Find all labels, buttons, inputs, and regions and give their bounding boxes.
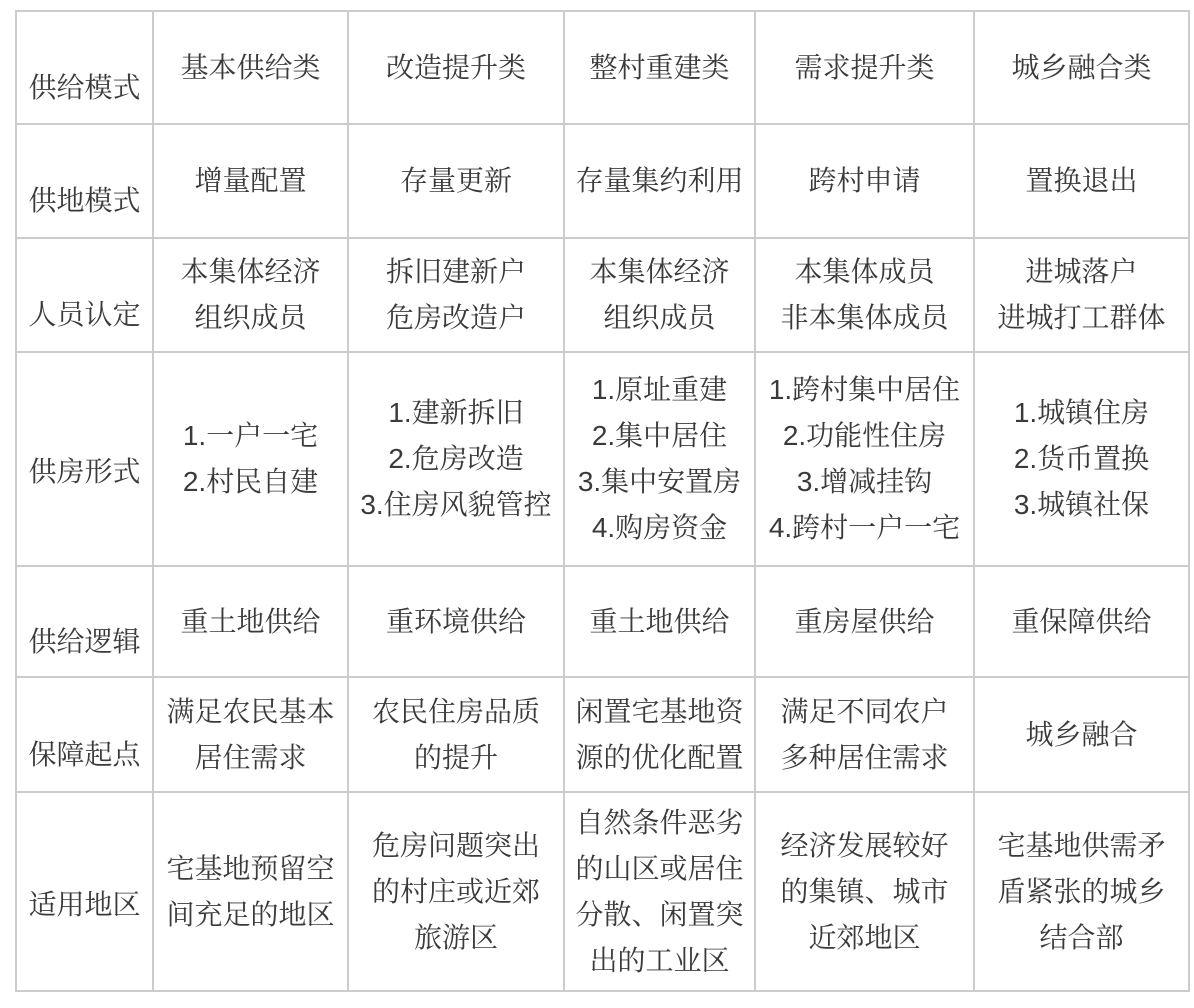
table-cell: 农民住房品质 的提升: [348, 677, 564, 792]
row-header-cell: 保障起点: [16, 677, 153, 792]
row-header-label: 供地模式: [28, 178, 140, 224]
row-header-label: 人员认定: [28, 292, 140, 338]
table-cell: 1.建新拆旧 2.危房改造 3.住房风貌管控: [348, 352, 564, 566]
table-cell: 危房问题突出 的村庄或近郊 旅游区: [348, 792, 564, 991]
table-cell: 1.一户一宅 2.村民自建: [153, 352, 348, 566]
row-header-cell: 适用地区: [16, 792, 153, 991]
row-header-label: 保障起点: [28, 732, 140, 778]
table-cell: 1.城镇住房 2.货币置换 3.城镇社保: [974, 352, 1189, 566]
table-cell: 宅基地供需矛 盾紧张的城乡 结合部: [974, 792, 1189, 991]
table-row-guarantee-basis: 保障起点 满足农民基本 居住需求 农民住房品质 的提升 闲置宅基地资 源的优化配…: [16, 677, 1189, 792]
table-cell: 闲置宅基地资 源的优化配置: [564, 677, 755, 792]
table-cell: 存量集约利用: [564, 124, 755, 238]
table-row-personnel: 人员认定 本集体经济 组织成员 拆旧建新户 危房改造户 本集体经济 组织成员 本…: [16, 238, 1189, 352]
table-row-housing-form: 供房形式 1.一户一宅 2.村民自建 1.建新拆旧 2.危房改造 3.住房风貌管…: [16, 352, 1189, 566]
table-cell: 城乡融合: [974, 677, 1189, 792]
supply-modes-table: 供给模式 基本供给类 改造提升类 整村重建类 需求提升类 城乡融合类 供地模式 …: [15, 10, 1190, 992]
row-header-label: 供房形式: [28, 449, 140, 495]
row-header-label: 适用地区: [28, 882, 140, 928]
table-cell: 重土地供给: [153, 566, 348, 677]
table-row-supply-logic: 供给逻辑 重土地供给 重环境供给 重土地供给 重房屋供给 重保障供给: [16, 566, 1189, 677]
table-cell: 满足不同农户 多种居住需求: [755, 677, 974, 792]
row-header-cell: 供给模式: [16, 11, 153, 124]
table-cell: 进城落户 进城打工群体: [974, 238, 1189, 352]
table-cell: 增量配置: [153, 124, 348, 238]
row-header-cell: 供地模式: [16, 124, 153, 238]
row-header-cell: 供房形式: [16, 352, 153, 566]
page: 供给模式 基本供给类 改造提升类 整村重建类 需求提升类 城乡融合类 供地模式 …: [0, 0, 1194, 1008]
table-cell: 改造提升类: [348, 11, 564, 124]
table-cell: 经济发展较好 的集镇、城市 近郊地区: [755, 792, 974, 991]
table-cell: 本集体经济 组织成员: [153, 238, 348, 352]
table-cell: 跨村申请: [755, 124, 974, 238]
table-cell: 重土地供给: [564, 566, 755, 677]
table-cell: 重环境供给: [348, 566, 564, 677]
table-cell: 1.跨村集中居住 2.功能性住房 3.增减挂钩 4.跨村一户一宅: [755, 352, 974, 566]
table-cell: 置换退出: [974, 124, 1189, 238]
table-cell: 拆旧建新户 危房改造户: [348, 238, 564, 352]
table-cell: 城乡融合类: [974, 11, 1189, 124]
row-header-label: 供给逻辑: [28, 619, 140, 665]
row-header-cell: 供给逻辑: [16, 566, 153, 677]
table-cell: 本集体成员 非本集体成员: [755, 238, 974, 352]
table-cell: 整村重建类: [564, 11, 755, 124]
row-header-label: 供给模式: [28, 65, 140, 111]
table-cell: 需求提升类: [755, 11, 974, 124]
table-cell: 1.原址重建 2.集中居住 3.集中安置房 4.购房资金: [564, 352, 755, 566]
table-cell: 存量更新: [348, 124, 564, 238]
table-cell: 宅基地预留空 间充足的地区: [153, 792, 348, 991]
row-header-cell: 人员认定: [16, 238, 153, 352]
table-row-land-mode: 供地模式 增量配置 存量更新 存量集约利用 跨村申请 置换退出: [16, 124, 1189, 238]
table-cell: 本集体经济 组织成员: [564, 238, 755, 352]
table-cell: 基本供给类: [153, 11, 348, 124]
table-cell: 重房屋供给: [755, 566, 974, 677]
table-row-supply-mode: 供给模式 基本供给类 改造提升类 整村重建类 需求提升类 城乡融合类: [16, 11, 1189, 124]
table-cell: 重保障供给: [974, 566, 1189, 677]
table-row-applicable-region: 适用地区 宅基地预留空 间充足的地区 危房问题突出 的村庄或近郊 旅游区 自然条…: [16, 792, 1189, 991]
table-cell: 自然条件恶劣 的山区或居住 分散、闲置突 出的工业区: [564, 792, 755, 991]
table-cell: 满足农民基本 居住需求: [153, 677, 348, 792]
